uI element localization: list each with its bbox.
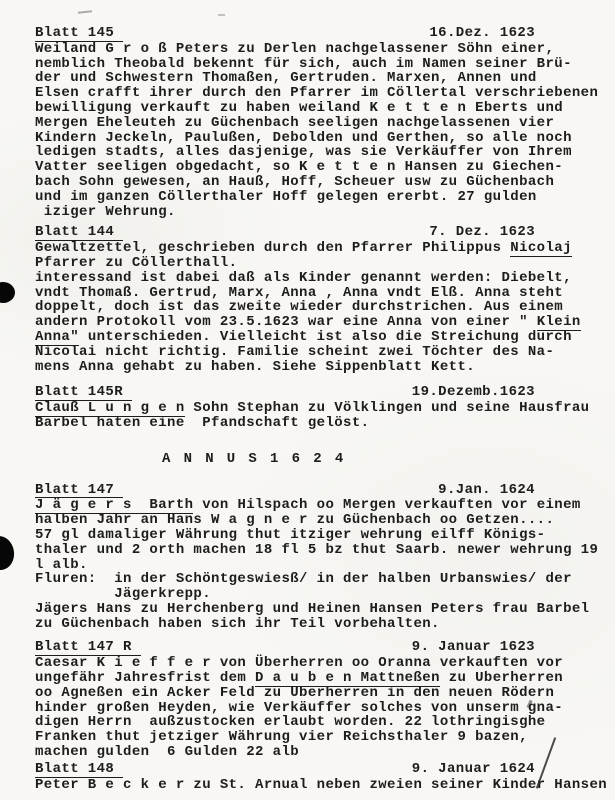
binding-hole-artifact — [0, 282, 15, 303]
text-segment: Franken thut jetziger Währung vier Reich… — [35, 729, 528, 745]
text-line: Barbel haten eine Pfandschaft gelöst. — [35, 416, 615, 431]
text-line: nemblich Theobald bekennt für sich, auch… — [35, 57, 615, 72]
text-line: zu Güchenbach haben sich ihr Teil vorbeh… — [35, 617, 615, 632]
text-segment: nemblich Theobald bekennt für sich, auch… — [35, 56, 572, 72]
text-segment: Kindern Jeckeln, Paulußen, Debolden und … — [35, 130, 572, 146]
text-line: Jägers Hans zu Herchenberg und Heinen Ha… — [35, 602, 615, 617]
underlined-text: Nicolaj — [510, 240, 572, 257]
document-body: Blatt 14516.Dez. 1623Weiland G r o ß Pet… — [35, 26, 615, 792]
text-line: machen gulden 6 Gulden 22 alb — [35, 745, 615, 760]
text-segment: zu Uberherren — [440, 670, 563, 686]
text-segment: ungefähr Jahresfrist dem — [35, 670, 255, 686]
text-segment: interessand ist dabei daß als Kinder gen… — [35, 270, 572, 286]
text-segment: bewilligung verkauft zu haben weiland K … — [35, 100, 563, 116]
binding-hole-artifact — [0, 534, 16, 572]
record-header: Blatt 1479.Jan. 1624 — [35, 483, 535, 499]
scan-smudge — [78, 10, 92, 13]
text-segment: Sohn Stephan zu Völklingen und seine Hau… — [185, 400, 590, 416]
record-date: 9. Januar 1623 — [412, 640, 535, 656]
blatt-label: Blatt 144 — [35, 225, 123, 241]
record-date: 19.Dezemb.1623 — [412, 385, 535, 401]
text-segment: unterschieden. Vielleicht ist also die S… — [79, 329, 572, 345]
text-segment: digen Herrn außzustocken erlaubt worden.… — [35, 714, 545, 730]
record-header: Blatt 1447. Dez. 1623 — [35, 225, 535, 241]
text-segment: Barbel haten eine Pfandschaft gelöst. — [35, 415, 369, 431]
text-segment: Jägers Hans zu Herchenberg und Heinen Ha… — [35, 601, 590, 617]
text-line: halben Jahr an Hans W a g n e r zu Güche… — [35, 513, 615, 528]
record-section-blatt-147-r: Blatt 147 R9. Januar 1623Caesar K i e f … — [35, 640, 615, 759]
text-line: vndt Thomaß. Gertrud, Marx, Anna , Anna … — [35, 286, 615, 301]
record-section-blatt-145: Blatt 14516.Dez. 1623Weiland G r o ß Pet… — [35, 26, 615, 219]
text-segment: iziger Wehrung. — [35, 204, 176, 220]
text-segment: Fluren: in der Schöntgeswiesß/ in der ha… — [35, 571, 572, 587]
text-line: andern Protokoll vom 23.5.1623 war eine … — [35, 315, 615, 330]
text-line: und im ganzen Cöllerthaler Hoff gelegen … — [35, 190, 615, 205]
record-header: Blatt 1489. Januar 1624 — [35, 762, 535, 778]
text-line: Fluren: in der Schöntgeswiesß/ in der ha… — [35, 572, 615, 587]
blatt-label: Blatt 145 — [35, 26, 123, 42]
text-line: Elsen crafft ihrer durch den Pfarrer im … — [35, 86, 615, 101]
record-section-blatt-144: Blatt 1447. Dez. 1623Gewaltzettel, gesch… — [35, 225, 615, 374]
annus-year-heading: A N N U S 1 6 2 4 — [35, 452, 615, 467]
text-line: ledigen stadts, alles dasjenige, was sie… — [35, 145, 615, 160]
record-header: Blatt 145R19.Dezemb.1623 — [35, 385, 535, 401]
record-date: 7. Dez. 1623 — [429, 225, 535, 241]
text-segment: thaler und 2 orth machen 18 fl 5 bz thut… — [35, 542, 598, 558]
text-line: bewilligung verkauft zu haben weiland K … — [35, 101, 615, 116]
blatt-label: Blatt 147 R — [35, 640, 141, 656]
scan-smudge — [218, 14, 225, 16]
text-line: Jägerkrepp. — [35, 587, 615, 602]
text-line: ungefähr Jahresfrist dem D a u b e n Mat… — [35, 671, 615, 686]
blatt-label: Blatt 147 — [35, 483, 123, 499]
text-line: Weiland G r o ß Peters zu Derlen nachgel… — [35, 42, 615, 57]
text-line: Franken thut jetziger Währung vier Reich… — [35, 730, 615, 745]
text-line: bach Sohn gewesen, an Hauß, Hoff, Scheue… — [35, 175, 615, 190]
record-section-blatt-148: Blatt 1489. Januar 1624Peter B e c k e r… — [35, 762, 615, 793]
text-segment: Elsen crafft ihrer durch den Pfarrer im … — [35, 85, 598, 101]
scanned-document-page: Blatt 14516.Dez. 1623Weiland G r o ß Pet… — [0, 0, 615, 800]
text-segment: halben Jahr an Hans W a g n e r zu Güche… — [35, 512, 554, 528]
text-line: interessand ist dabei daß als Kinder gen… — [35, 271, 615, 286]
text-segment: Caesar K i e f f e r von Überherren oo O… — [35, 655, 563, 671]
record-date: 16.Dez. 1623 — [429, 26, 535, 42]
record-section-blatt-145r: Blatt 145R19.Dezemb.1623Clauß L u n g e … — [35, 385, 615, 430]
text-segment: vndt Thomaß. Gertrud, Marx, Anna , Anna … — [35, 285, 563, 301]
text-segment: Gewaltzettel, geschrieben durch den Pfar… — [35, 240, 510, 256]
text-segment: machen gulden 6 Gulden 22 alb — [35, 744, 299, 760]
blatt-label: Blatt 148 — [35, 762, 123, 778]
text-line: Mergen Eheleuteh zu Güchenbach seeligen … — [35, 116, 615, 131]
record-header: Blatt 147 R9. Januar 1623 — [35, 640, 535, 656]
text-segment: mens Anna gehabt zu haben. Siehe Sippenb… — [35, 359, 475, 375]
text-line: J ä g e r s Barth von Hilspach oo Mergen… — [35, 498, 615, 513]
blatt-label: Blatt 145R — [35, 385, 132, 401]
text-line: doppelt, doch ist das zweite wieder durc… — [35, 300, 615, 315]
record-header: Blatt 14516.Dez. 1623 — [35, 26, 535, 42]
text-line: Kindern Jeckeln, Paulußen, Debolden und … — [35, 131, 615, 146]
text-segment: oo Agneßen ein Acker Feld zu Uberherren … — [35, 685, 554, 701]
text-segment: Peter B e c k e r zu St. Arnual neben zw… — [35, 777, 607, 793]
text-segment: 57 gl damaliger Währung thut itziger weh… — [35, 527, 545, 543]
text-line: 57 gl damaliger Währung thut itziger weh… — [35, 528, 615, 543]
text-line: Gewaltzettel, geschrieben durch den Pfar… — [35, 241, 615, 256]
text-line: Pfarrer zu Cöllerthall. — [35, 256, 615, 271]
text-segment: und im ganzen Cöllerthaler Hoff gelegen … — [35, 189, 537, 205]
text-segment: Pfarrer zu Cöllerthall. — [35, 255, 237, 271]
text-segment: ledigen stadts, alles dasjenige, was sie… — [35, 144, 572, 160]
text-line: Caesar K i e f f e r von Überherren oo O… — [35, 656, 615, 671]
text-segment: l alb. — [35, 557, 88, 573]
text-line: Nicolai nicht richtig. Familie scheint z… — [35, 345, 615, 360]
text-line: mens Anna gehabt zu haben. Siehe Sippenb… — [35, 360, 615, 375]
text-line: l alb. — [35, 558, 615, 573]
text-line: Anna" unterschieden. Vielleicht ist also… — [35, 330, 615, 345]
text-segment: andern Protokoll vom 23.5.1623 war eine … — [35, 314, 537, 330]
text-segment: zu Güchenbach haben sich ihr Teil vorbeh… — [35, 616, 440, 632]
record-section-blatt-147: Blatt 1479.Jan. 1624J ä g e r s Barth vo… — [35, 483, 615, 632]
text-segment: Mergen Eheleuteh zu Güchenbach seeligen … — [35, 115, 554, 131]
text-line: thaler und 2 orth machen 18 fl 5 bz thut… — [35, 543, 615, 558]
text-line: Peter B e c k e r zu St. Arnual neben zw… — [35, 778, 615, 793]
record-date: 9.Jan. 1624 — [438, 483, 535, 499]
text-line: digen Herrn außzustocken erlaubt worden.… — [35, 715, 615, 730]
text-segment: hinder großen Heyden, wie Verkäuffer sol… — [35, 700, 563, 716]
text-line: oo Agneßen ein Acker Feld zu Uberherren … — [35, 686, 615, 701]
text-line: der und Schwestern Thomaßen, Gertruden. … — [35, 71, 615, 86]
text-segment: der und Schwestern Thomaßen, Gertruden. … — [35, 70, 537, 86]
text-segment: von Hilspach oo Mergen verkauften vor ei… — [193, 497, 580, 513]
text-segment: Nicolai nicht richtig. Familie scheint z… — [35, 344, 554, 360]
text-line: Vatter seeligen obgedacht, so K e t t e … — [35, 160, 615, 175]
text-segment: Jägerkrepp. — [35, 586, 211, 602]
text-line: Clauß L u n g e n Sohn Stephan zu Völkli… — [35, 401, 615, 416]
record-date: 9. Januar 1624 — [412, 762, 535, 778]
text-line: iziger Wehrung. — [35, 205, 615, 220]
text-segment: doppelt, doch ist das zweite wieder durc… — [35, 299, 563, 315]
text-segment: Vatter seeligen obgedacht, so K e t t e … — [35, 159, 563, 175]
text-segment: bach Sohn gewesen, an Hauß, Hoff, Scheue… — [35, 174, 554, 190]
text-segment: Weiland G r o ß Peters zu Derlen nachgel… — [35, 41, 554, 57]
